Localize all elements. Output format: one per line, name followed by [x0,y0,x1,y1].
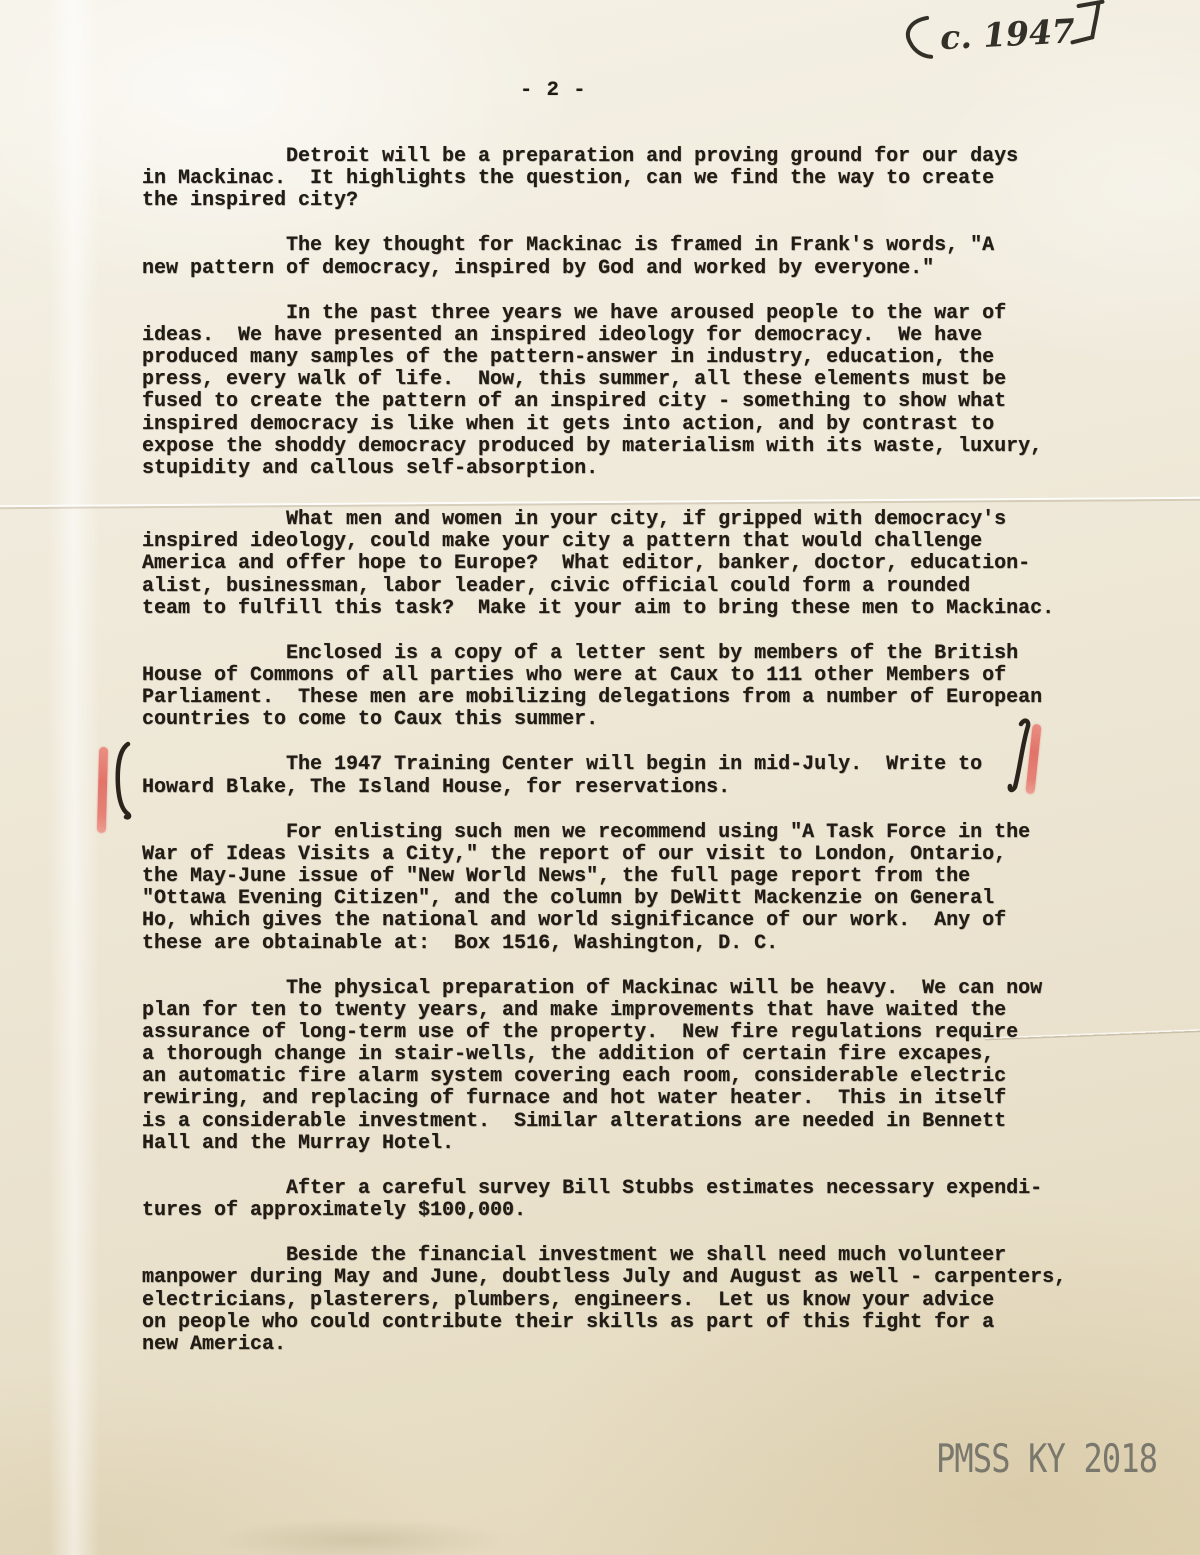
text-line: a thorough change in stair-wells, the ad… [142,1044,1066,1066]
annotation-text: c. 1947 [939,11,1076,57]
text-line: in Mackinac. It highlights the question,… [142,168,1066,190]
paragraph: For enlisting such men we recommend usin… [142,822,1066,955]
text-line: America and offer hope to Europe? What e… [142,553,1066,575]
text-line: on people who could contribute their ski… [142,1312,1066,1334]
paper-sheen-strip [48,0,100,1555]
paper-smudge [210,1518,510,1555]
paragraph: The 1947 Training Center will begin in m… [142,754,1066,798]
text-line: Beside the financial investment we shall… [142,1245,1066,1267]
paragraph: Detroit will be a preparation and provin… [142,146,1066,212]
paragraph: The key thought for Mackinac is framed i… [142,235,1066,279]
text-line: stupidity and callous self-absorption. [142,458,1066,480]
text-line: What men and women in your city, if grip… [142,509,1066,531]
paragraph: The physical preparation of Mackinac wil… [142,978,1066,1155]
text-line: Detroit will be a preparation and provin… [142,146,1066,168]
text-line: produced many samples of the pattern-ans… [142,347,1066,369]
text-line: War of Ideas Visits a City," the report … [142,844,1066,866]
text-line: In the past three years we have aroused … [142,303,1066,325]
paragraph: In the past three years we have aroused … [142,303,1066,480]
archive-watermark: PMSS KY 2018 [936,1438,1157,1482]
text-line: inspired democracy is like when it gets … [142,414,1066,436]
text-line: Howard Blake, The Island House, for rese… [142,777,1066,799]
text-line: Ho, which gives the national and world s… [142,910,1066,932]
text-line: expose the shoddy democracy produced by … [142,436,1066,458]
text-line: rewiring, and replacing of furnace and h… [142,1088,1066,1110]
text-line: After a careful survey Bill Stubbs estim… [142,1178,1066,1200]
ink-bracket-left [110,740,136,825]
text-line: inspired ideology, could make your city … [142,531,1066,553]
text-line: tures of approximately $100,000. [142,1200,1066,1222]
text-line: For enlisting such men we recommend usin… [142,822,1066,844]
paragraph: After a careful survey Bill Stubbs estim… [142,1178,1066,1222]
text-line: Parliament. These men are mobilizing del… [142,687,1066,709]
text-line: is a considerable investment. Similar al… [142,1111,1066,1133]
paragraph: Beside the financial investment we shall… [142,1245,1066,1356]
text-line: electricians, plasterers, plumbers, engi… [142,1290,1066,1312]
text-line: press, every walk of life. Now, this sum… [142,369,1066,391]
text-line: countries to come to Caux this summer. [142,709,1066,731]
scanned-letter-page: { "page": { "page_number": "- 2 -", "ann… [0,0,1200,1555]
text-line: ideas. We have presented an inspired ide… [142,325,1066,347]
text-line: The physical preparation of Mackinac wil… [142,978,1066,1000]
text-line: assurance of long-term use of the proper… [142,1022,1066,1044]
paragraph: What men and women in your city, if grip… [142,509,1066,620]
text-line: manpower during May and June, doubtless … [142,1267,1066,1289]
text-line: new pattern of democracy, inspired by Go… [142,258,1066,280]
text-line: an automatic fire alarm system covering … [142,1066,1066,1088]
text-line: "Ottawa Evening Citizen", and the column… [142,888,1066,910]
text-line: Enclosed is a copy of a letter sent by m… [142,643,1066,665]
text-line: Hall and the Murray Hotel. [142,1133,1066,1155]
text-line: House of Commons of all parties who were… [142,665,1066,687]
text-line: team to fulfill this task? Make it your … [142,598,1066,620]
red-margin-mark-left [97,747,108,833]
page-number: - 2 - [520,80,587,102]
text-line: alist, businessman, labor leader, civic … [142,576,1066,598]
text-line: plan for ten to twenty years, and make i… [142,1000,1066,1022]
text-line: new America. [142,1334,1066,1356]
text-line: fused to create the pattern of an inspir… [142,391,1066,413]
text-line: the May-June issue of "New World News", … [142,866,1066,888]
text-line: The key thought for Mackinac is framed i… [142,235,1066,257]
handwritten-date-annotation: c. 1947 [886,0,1119,72]
text-line: The 1947 Training Center will begin in m… [142,754,1066,776]
letter-body: Detroit will be a preparation and provin… [142,146,1066,1379]
paragraph: Enclosed is a copy of a letter sent by m… [142,643,1066,732]
annotation-ink-strokes: c. 1947 [886,0,1119,72]
text-line: the inspired city? [142,190,1066,212]
text-line: these are obtainable at: Box 1516, Washi… [142,933,1066,955]
